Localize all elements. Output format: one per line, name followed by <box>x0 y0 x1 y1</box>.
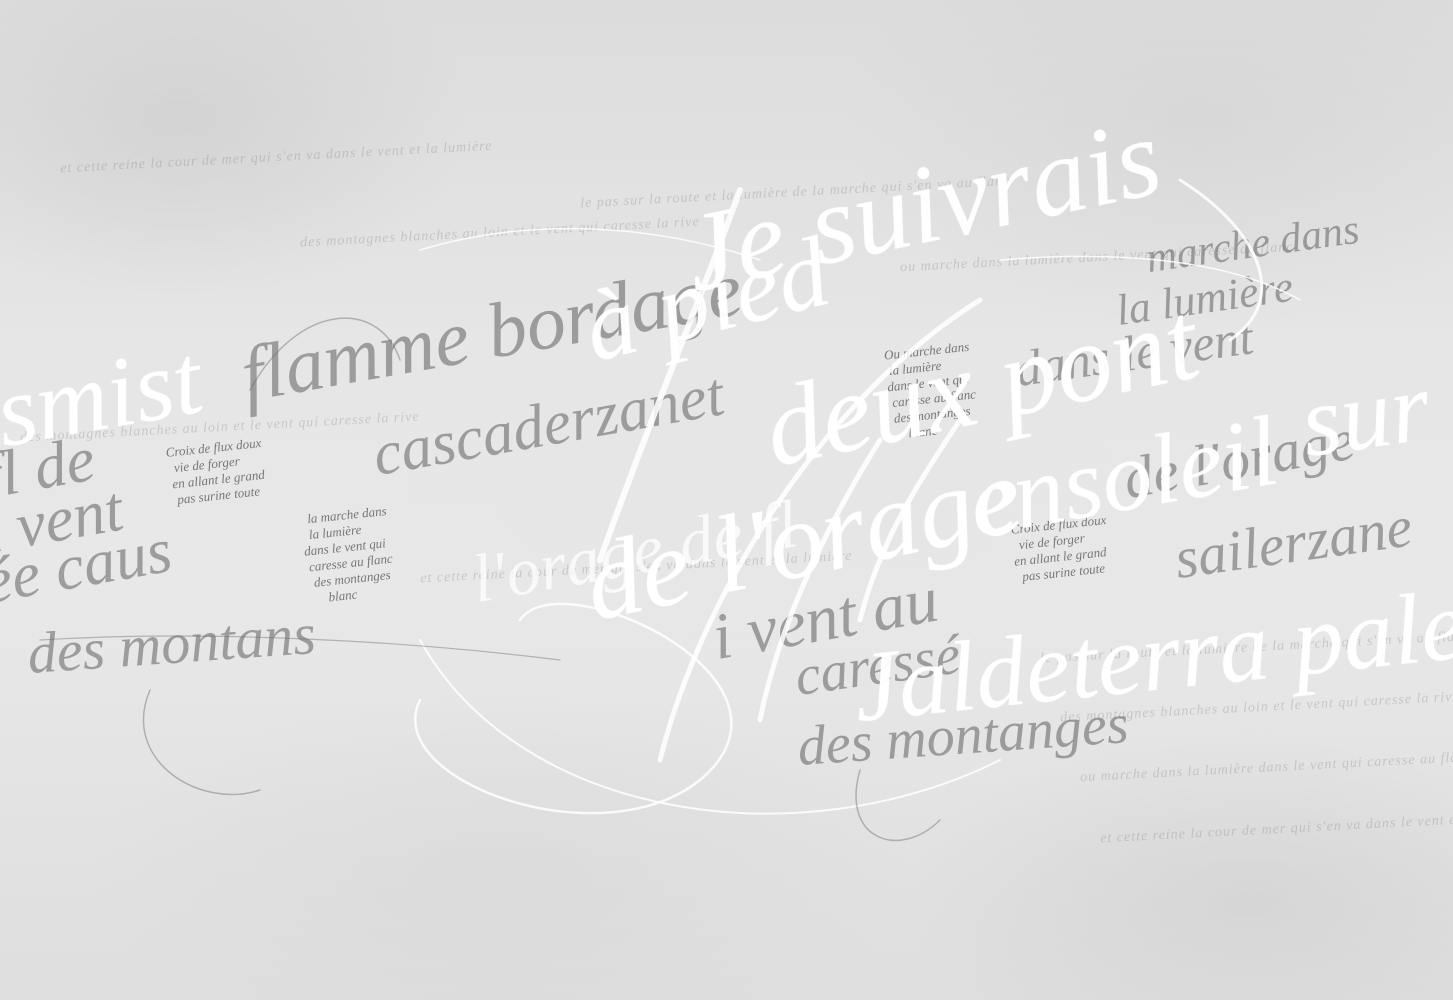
white-calligraphy-word: sur <box>1294 348 1437 480</box>
calligraphy-texture-image: et cette reine la cour de mer qui s'en v… <box>0 0 1453 1000</box>
white-calligraphy-layer: Je suivrais à pied deux pont ismist sur … <box>0 0 1453 1000</box>
white-calligraphy-word: ismist <box>0 321 210 475</box>
white-calligraphy-word: Jaldeterra palere <box>848 558 1453 745</box>
